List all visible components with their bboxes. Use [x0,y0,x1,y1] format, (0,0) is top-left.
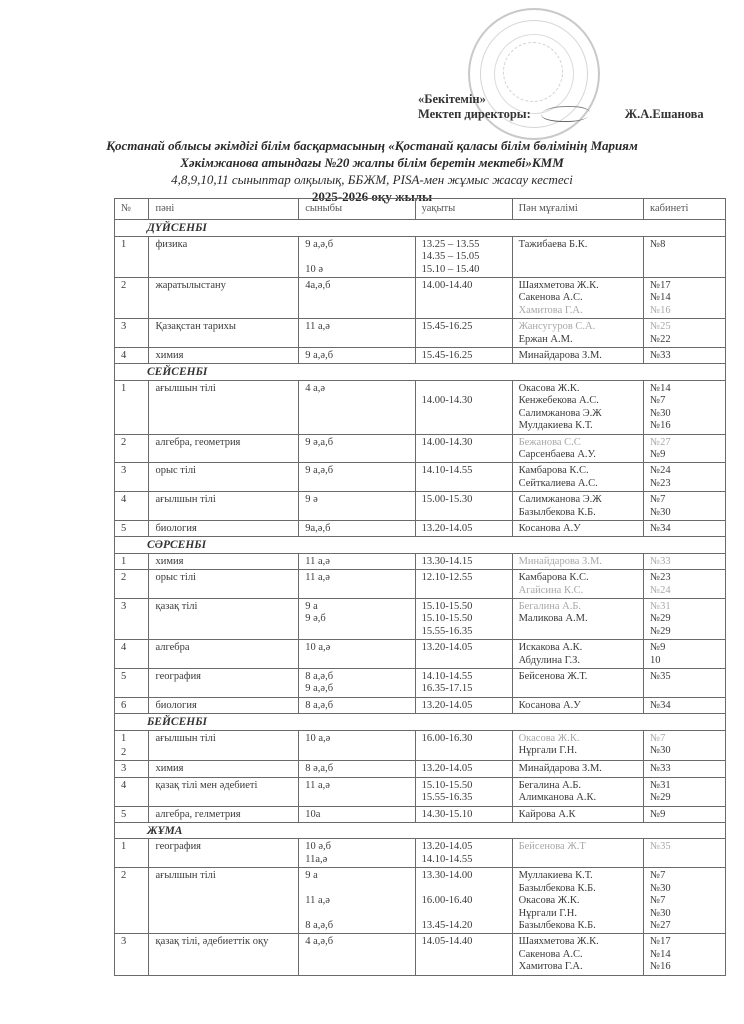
teacher-cell-item: Искакова А.К. [519,642,638,654]
teacher-cell-item: Жансугуров С.А. [519,321,638,333]
class-cell-item: 11а,ә [305,854,409,866]
header-number: № [115,199,149,220]
table-row: 3химия8 ә,а,б13.20-14.05Минайдарова З.М.… [115,761,726,777]
room-cell-item: №35 [650,841,720,853]
room-cell-item: №30 [650,745,720,757]
time-cell-item: 15.10-15.50 [422,613,507,625]
room-cell-item: №7 [650,895,720,907]
time-cell-item: 14.05-14.40 [422,936,507,948]
room-cell-item: №23 [650,572,720,584]
day-header-row: ЖҰМА [115,823,726,839]
teacher-cell-item: Окасова Ж.К. [519,895,638,907]
class-cell: 9 а 11 а,ә 8 а,ә,б [299,868,415,934]
class-cell-item: 11 а,ә [305,895,409,907]
class-cell-item: 9 а,ә,б [305,239,409,251]
teacher-cell-item: Маликова А.М. [519,613,638,625]
class-cell-item: 10 ә [305,264,409,276]
class-cell: 9 ә [299,492,415,521]
subject-cell: химия [149,761,299,777]
room-cell: №7№30 [644,492,726,521]
room-cell-item: №29 [650,792,720,804]
class-cell-item: 9 а,ә,б [305,683,409,695]
time-cell-item: 13.30-14.00 [422,870,507,882]
teacher-cell: Минайдарова З.М. [512,761,643,777]
table-row: 4ағылшын тілі9 ә15.00-15.30Салимжанова Э… [115,492,726,521]
teacher-cell-item: Шаяхметова Ж.К. [519,280,638,292]
row-number: 5 [115,806,149,822]
row-number: 6 [115,697,149,713]
teacher-cell: Жансугуров С.А.Ержан А.М. [512,319,643,348]
schedule-table: № пәні сыныбы уақыты Пән мұғалімі кабине… [114,198,726,976]
class-cell: 4 а,ә,б [299,934,415,975]
header-time: уақыты [415,199,512,220]
teacher-cell-item: Базылбекова К.Б. [519,920,638,932]
header-room: кабинеті [644,199,726,220]
room-cell-item: №17 [650,280,720,292]
class-cell-item: 11 а,ә [305,780,409,792]
row-number: 12 [115,730,149,761]
room-cell-item: №27 [650,437,720,449]
title-line-3: 4,8,9,10,11 сыныптар олқылық, ББЖМ, PISA… [0,171,744,188]
row-number: 1 [115,839,149,868]
time-cell: 13.20-14.05 [415,640,512,669]
table-row: 1химия11 а,ә13.30-14.15Минайдарова З.М.№… [115,553,726,569]
class-cell-item: 4а,ә,б [305,280,409,292]
teacher-cell-item: Бейсенова Ж.Т [519,841,638,853]
room-cell-item: №16 [650,305,720,317]
table-row: 12ағылшын тілі10 а,ә16.00-16.30Окасова Ж… [115,730,726,761]
time-cell-item: 15.00-15.30 [422,494,507,506]
class-cell: 11 а,ә [299,570,415,599]
time-cell-item: 15.10 – 15.40 [422,264,507,276]
row-number: 2 [115,868,149,934]
teacher-cell-item: Нұргали Г.Н. [519,908,638,920]
table-row: 3Қазақстан тарихы11 а,ә15.45-16.25Жансуг… [115,319,726,348]
class-cell-item: 11 а,ә [305,556,409,568]
row-number-value: 5 [121,809,143,821]
class-cell-item: 9а,ә,б [305,523,409,535]
time-cell: 16.00-16.30 [415,730,512,761]
teacher-cell-item: Минайдарова З.М. [519,556,638,568]
row-number: 4 [115,640,149,669]
class-cell-item: 9 а [305,870,409,882]
class-cell: 4 а,ә [299,380,415,434]
row-number-value: 1 [121,733,143,745]
class-cell-item: 9 ә,б [305,613,409,625]
row-number-value: 1 [121,841,143,853]
subject-cell: қазақ тілі мен әдебиеті [149,777,299,806]
row-number: 3 [115,319,149,348]
teacher-cell: Минайдарова З.М. [512,553,643,569]
room-cell-item: №9 [650,642,720,654]
teacher-cell-item: Минайдарова З.М. [519,350,638,362]
class-cell-item: 10 а,ә [305,733,409,745]
room-cell-item: №14 [650,292,720,304]
class-cell: 4а,ә,б [299,278,415,319]
subject-cell: қазақ тілі [149,598,299,639]
time-cell-item: 14.10-14.55 [422,854,507,866]
subject-cell: орыс тілі [149,463,299,492]
table-row: 3қазақ тілі9 а9 ә,б15.10-15.5015.10-15.5… [115,598,726,639]
room-cell-item: №14 [650,383,720,395]
class-cell: 8 ә,а,б [299,761,415,777]
time-cell: 14.10-14.5516.35-17.15 [415,669,512,698]
class-cell-item: 4 а,ә [305,383,409,395]
schedule-body: ДҮЙСЕНБІ1физика9 а,ә,б 10 ә13.25 – 13.55… [115,220,726,975]
subject-cell: биология [149,697,299,713]
row-number-value: 4 [121,494,143,506]
class-cell-item: 9 а,ә,б [305,465,409,477]
subject-cell: қазақ тілі, әдебиеттік оқу [149,934,299,975]
teacher-cell: Камбарова К.С.Сейткалиева А.С. [512,463,643,492]
class-cell-item: 10 а,ә [305,642,409,654]
room-cell-item: №16 [650,961,720,973]
teacher-cell-item: Окасова Ж.К. [519,733,638,745]
table-row: 4қазақ тілі мен әдебиеті11 а,ә15.10-15.5… [115,777,726,806]
teacher-cell-item: Бейсенова Ж.Т. [519,671,638,683]
room-cell-item: №34 [650,700,720,712]
class-cell: 10 ә,б11а,ә [299,839,415,868]
subject-cell: география [149,839,299,868]
subject-cell: биология [149,520,299,536]
table-row: 1география10 ә,б11а,ә13.20-14.0514.10-14… [115,839,726,868]
teacher-cell-item: Бегалина А.Б. [519,780,638,792]
signature-icon [537,106,592,122]
teacher-cell-item: Хамитова Г.А. [519,305,638,317]
class-cell-item: 10а [305,809,409,821]
room-cell-item: №24 [650,465,720,477]
time-cell-item: 12.10-12.55 [422,572,507,584]
table-row: 3қазақ тілі, әдебиеттік оқу4 а,ә,б14.05-… [115,934,726,975]
time-cell: 13.25 – 13.5514.35 – 15.0515.10 – 15.40 [415,236,512,277]
row-number: 3 [115,463,149,492]
teacher-cell: Бежанова С.ССарсенбаева А.У. [512,434,643,463]
row-number-value: 3 [121,601,143,613]
subject-cell: орыс тілі [149,570,299,599]
class-cell-item: 8 ә,а,б [305,763,409,775]
class-cell: 9 а,ә,б 10 ә [299,236,415,277]
header-class: сыныбы [299,199,415,220]
teacher-cell-item: Камбарова К.С. [519,572,638,584]
subject-cell: химия [149,348,299,364]
table-row: 2жаратылыстану4а,ә,б14.00-14.40Шаяхметов… [115,278,726,319]
time-cell-item: 15.55-16.35 [422,792,507,804]
time-cell-item [422,383,507,395]
approval-block: «Бекітемін» Мектеп директоры: Ж.А.Ешанов… [418,92,704,122]
room-cell-item: №25 [650,321,720,333]
row-number: 4 [115,348,149,364]
teacher-cell-item: Мулдакиева К.Т. [519,420,638,432]
table-row: 6биология8 а,ә,б13.20-14.05Косанова А.У№… [115,697,726,713]
time-cell: 14.00-14.40 [415,278,512,319]
day-header-row: ДҮЙСЕНБІ [115,220,726,236]
class-cell: 11 а,ә [299,553,415,569]
row-number-value: 3 [121,763,143,775]
time-cell-item: 15.10-15.50 [422,780,507,792]
time-cell: 15.10-15.5015.55-16.35 [415,777,512,806]
teacher-cell: Окасова Ж.К.Кенжебекова А.С.Салимжанова … [512,380,643,434]
row-number-value: 2 [121,870,143,882]
class-cell: 10а [299,806,415,822]
teacher-cell: Бегалина А.Б.Маликова А.М. [512,598,643,639]
table-row: 5география8 а,ә,б9 а,ә,б14.10-14.5516.35… [115,669,726,698]
time-cell-item: 15.45-16.25 [422,350,507,362]
row-number-value: 3 [121,321,143,333]
subject-cell: алгебра, гелметрия [149,806,299,822]
table-row: 2алгебра, геометрия9 ә,а,б14.00-14.30Беж… [115,434,726,463]
time-cell-item [422,883,507,895]
table-row: 1ағылшын тілі4 а,ә 14.00-14.30Окасова Ж.… [115,380,726,434]
class-cell-item: 8 а,ә,б [305,920,409,932]
table-row: 4химия9 а,ә,б15.45-16.25Минайдарова З.М.… [115,348,726,364]
room-cell-item: №7 [650,395,720,407]
day-name: СЕЙСЕНБІ [115,364,726,380]
class-cell: 11 а,ә [299,319,415,348]
subject-cell: жаратылыстану [149,278,299,319]
table-row: 2ағылшын тілі9 а 11 а,ә 8 а,ә,б13.30-14.… [115,868,726,934]
row-number-value: 3 [121,465,143,477]
teacher-cell-item: Сакенова А.С. [519,292,638,304]
time-cell-item: 16.00-16.40 [422,895,507,907]
room-cell-item: №9 [650,809,720,821]
day-header-row: БЕЙСЕНБІ [115,714,726,730]
title-line-1: Қостанай облысы әкімдігі білім басқармас… [0,137,744,154]
subject-cell: физика [149,236,299,277]
subject-cell: ағылшын тілі [149,730,299,761]
teacher-cell-item: Абдулина Г.З. [519,655,638,667]
room-cell-item: №31 [650,601,720,613]
teacher-cell-item: Сарсенбаева А.У. [519,449,638,461]
room-cell-item: №27 [650,920,720,932]
time-cell: 14.00-14.30 [415,380,512,434]
class-cell: 10 а,ә [299,640,415,669]
room-cell: №23№24 [644,570,726,599]
row-number: 3 [115,598,149,639]
subject-cell: алгебра [149,640,299,669]
row-number-value: 4 [121,350,143,362]
room-cell-item: №30 [650,408,720,420]
room-cell-item: №31 [650,780,720,792]
room-cell-item: №7 [650,870,720,882]
room-cell-item: №30 [650,908,720,920]
class-cell: 9 ә,а,б [299,434,415,463]
table-row: 5биология9а,ә,б13.20-14.05Косанова А.У№3… [115,520,726,536]
subject-cell: ағылшын тілі [149,492,299,521]
subject-cell: алгебра, геометрия [149,434,299,463]
time-cell: 13.20-14.05 [415,761,512,777]
teacher-cell: Бегалина А.Б.Алимканова А.К. [512,777,643,806]
room-cell: №25№22 [644,319,726,348]
teacher-cell-item: Алимканова А.К. [519,792,638,804]
day-name: СӘРСЕНБІ [115,537,726,553]
teacher-cell: Шаяхметова Ж.К.Сакенова А.С.Хамитова Г.А… [512,934,643,975]
subject-cell: химия [149,553,299,569]
teacher-cell-item: Косанова А.У [519,700,638,712]
room-cell: №31№29 [644,777,726,806]
time-cell-item: 14.00-14.30 [422,395,507,407]
class-cell-item [305,883,409,895]
room-cell: №7№30 [644,730,726,761]
teacher-cell: Тажибаева Б.К. [512,236,643,277]
time-cell-item: 14.10-14.55 [422,465,507,477]
subject-cell: ағылшын тілі [149,380,299,434]
time-cell: 15.00-15.30 [415,492,512,521]
room-cell: №8 [644,236,726,277]
row-number: 5 [115,669,149,698]
time-cell: 15.45-16.25 [415,319,512,348]
teacher-cell: Косанова А.У [512,520,643,536]
teacher-cell-item: Агайсина К.С. [519,585,638,597]
time-cell: 13.20-14.0514.10-14.55 [415,839,512,868]
time-cell-item: 13.45-14.20 [422,920,507,932]
time-cell: 13.30-14.15 [415,553,512,569]
teacher-cell-item: Сакенова А.С. [519,949,638,961]
document-title: Қостанай облысы әкімдігі білім басқармас… [0,137,744,205]
class-cell-item: 8 а,ә,б [305,671,409,683]
room-cell-item: №33 [650,763,720,775]
teacher-cell: Шаяхметова Ж.К.Сакенова А.С.Хамитова Г.А… [512,278,643,319]
class-cell-item: 9 ә,а,б [305,437,409,449]
director-role: Мектеп директоры: [418,107,531,121]
class-cell-item: 11 а,ә [305,572,409,584]
row-number-value: 5 [121,671,143,683]
teacher-cell-item: Косанова А.У [519,523,638,535]
room-cell-item: №33 [650,350,720,362]
room-cell: №7№30№7№30№27 [644,868,726,934]
row-number: 1 [115,236,149,277]
row-number: 2 [115,570,149,599]
room-cell: №34 [644,520,726,536]
time-cell: 15.10-15.5015.10-15.5015.55-16.35 [415,598,512,639]
row-number-value: 5 [121,523,143,535]
time-cell-item: 16.00-16.30 [422,733,507,745]
teacher-cell-item: Камбарова К.С. [519,465,638,477]
header-teacher: Пән мұғалімі [512,199,643,220]
table-row: 5алгебра, гелметрия10а14.30-15.10Кайрова… [115,806,726,822]
teacher-cell: Кайрова А.К [512,806,643,822]
class-cell-item: 4 а,ә,б [305,936,409,948]
room-cell: №9 [644,806,726,822]
row-number-value: 1 [121,239,143,251]
row-number-value: 2 [121,437,143,449]
row-number-value: 4 [121,642,143,654]
row-number-value: 2 [121,280,143,292]
row-number: 5 [115,520,149,536]
room-cell: №27№9 [644,434,726,463]
time-cell-item: 13.20-14.05 [422,763,507,775]
subject-cell: география [149,669,299,698]
time-cell: 14.00-14.30 [415,434,512,463]
row-number: 3 [115,934,149,975]
teacher-cell-item: Нұргали Г.Н. [519,745,638,757]
table-row: 1физика9 а,ә,б 10 ә13.25 – 13.5514.35 – … [115,236,726,277]
class-cell-item: 10 ә,б [305,841,409,853]
table-row: 2орыс тілі11 а,ә12.10-12.55Камбарова К.С… [115,570,726,599]
room-cell: №910 [644,640,726,669]
table-row: 3орыс тілі9 а,ә,б14.10-14.55Камбарова К.… [115,463,726,492]
class-cell: 8 а,ә,б [299,697,415,713]
class-cell: 10 а,ә [299,730,415,761]
room-cell-item: 10 [650,655,720,667]
approval-heading: «Бекітемін» [418,92,704,106]
teacher-cell: Окасова Ж.К.Нұргали Г.Н. [512,730,643,761]
teacher-cell: Косанова А.У [512,697,643,713]
teacher-cell-item: Базылбекова К.Б. [519,507,638,519]
room-cell: №24№23 [644,463,726,492]
row-number: 3 [115,761,149,777]
teacher-cell-item: Окасова Ж.К. [519,383,638,395]
time-cell-item: 15.10-15.50 [422,601,507,613]
row-number-value: 4 [121,780,143,792]
class-cell: 8 а,ә,б9 а,ә,б [299,669,415,698]
teacher-cell-item: Салимжанова Э.Ж [519,494,638,506]
room-cell-item: №17 [650,936,720,948]
teacher-cell-item: Хамитова Г.А. [519,961,638,973]
row-number-value: 6 [121,700,143,712]
row-number-value: 2 [121,572,143,584]
title-line-2: Хәкімжанова атындағы №20 жалпы білім бер… [0,154,744,171]
room-cell-item: №29 [650,626,720,638]
time-cell-item: 16.35-17.15 [422,683,507,695]
row-number: 2 [115,434,149,463]
teacher-cell-item: Ержан А.М. [519,334,638,346]
room-cell-item: №35 [650,671,720,683]
time-cell-item: 14.00-14.40 [422,280,507,292]
room-cell-item: №9 [650,449,720,461]
class-cell: 9 а9 ә,б [299,598,415,639]
room-cell: №35 [644,669,726,698]
room-cell-item: №34 [650,523,720,535]
header-subject: пәні [149,199,299,220]
subject-cell: ағылшын тілі [149,868,299,934]
room-cell: №33 [644,553,726,569]
class-cell-item: 9 а [305,601,409,613]
row-number-value: 1 [121,556,143,568]
time-cell-item: 13.30-14.15 [422,556,507,568]
room-cell-item: №16 [650,420,720,432]
room-cell: №35 [644,839,726,868]
day-header-row: СӘРСЕНБІ [115,537,726,553]
time-cell-item: 14.10-14.55 [422,671,507,683]
room-cell-item: №14 [650,949,720,961]
teacher-cell: Салимжанова Э.ЖБазылбекова К.Б. [512,492,643,521]
time-cell: 14.30-15.10 [415,806,512,822]
room-cell: №33 [644,348,726,364]
day-header-row: СЕЙСЕНБІ [115,364,726,380]
time-cell-item: 14.00-14.30 [422,437,507,449]
day-name: ДҮЙСЕНБІ [115,220,726,236]
room-cell-item: №24 [650,585,720,597]
row-number: 1 [115,380,149,434]
time-cell: 15.45-16.25 [415,348,512,364]
class-cell-item [305,251,409,263]
time-cell-item: 14.30-15.10 [422,809,507,821]
teacher-cell-item: Минайдарова З.М. [519,763,638,775]
teacher-cell-item: Кенжебекова А.С. [519,395,638,407]
time-cell-item: 13.25 – 13.55 [422,239,507,251]
class-cell: 9 а,ә,б [299,463,415,492]
time-cell-item: 15.45-16.25 [422,321,507,333]
time-cell: 14.10-14.55 [415,463,512,492]
row-number-value: 3 [121,936,143,948]
teacher-cell-item: Кайрова А.К [519,809,638,821]
class-cell-item: 8 а,ә,б [305,700,409,712]
teacher-cell: Муллакиева К.Т.Базылбекова К.Б.Окасова Ж… [512,868,643,934]
time-cell-item: 13.20-14.05 [422,700,507,712]
director-name: Ж.А.Ешанова [625,107,704,121]
room-cell-item: №7 [650,733,720,745]
teacher-cell: Камбарова К.С.Агайсина К.С. [512,570,643,599]
